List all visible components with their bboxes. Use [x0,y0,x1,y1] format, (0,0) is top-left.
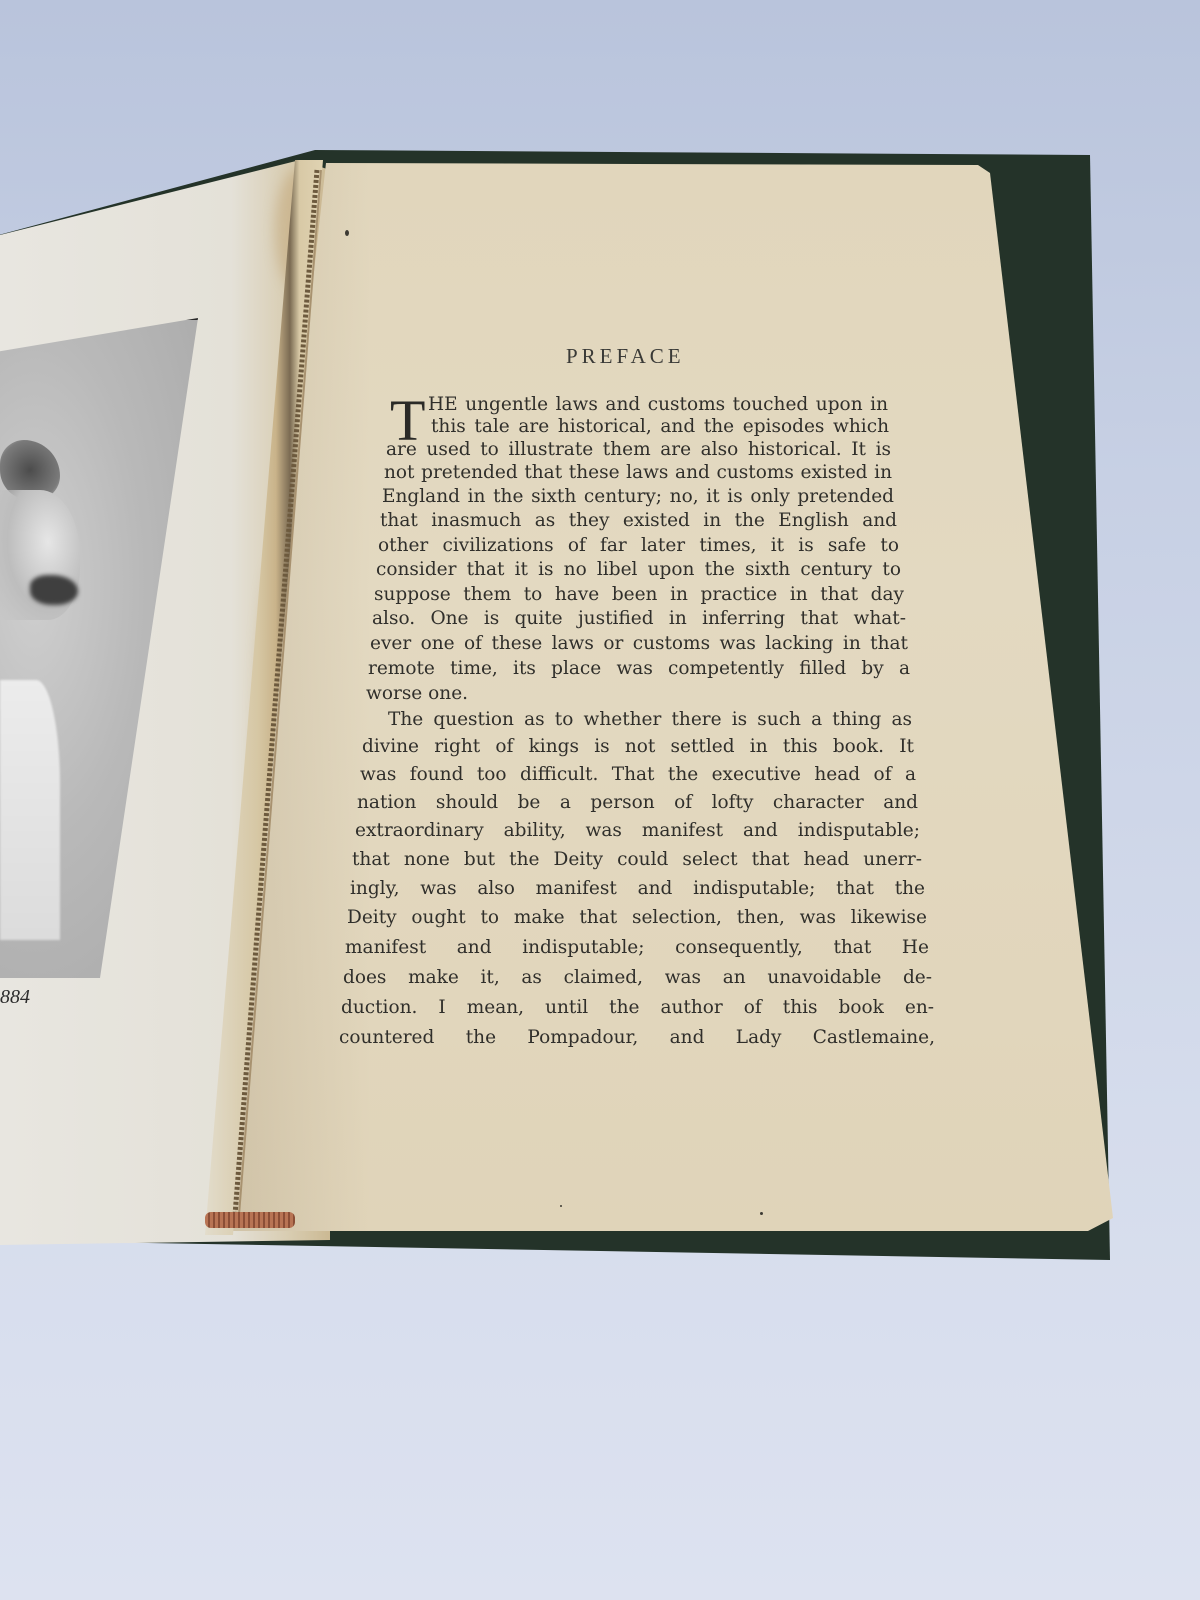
photo-scene: 884 PREFACE T HE ungentle laws and custo… [0,0,1200,1600]
text-line: are used to illustrate them are also his… [386,439,891,460]
text-line: also. One is quite justified in inferrin… [372,608,906,629]
text-line: worse one. [366,683,468,704]
text-line: that none but the Deity could select tha… [352,849,922,870]
text-line: that inasmuch as they existed in the Eng… [380,510,897,531]
text-line: Deity ought to make that selection, then… [347,907,927,928]
text-line: other civilizations of far later times, … [378,535,899,556]
text-line: nation should be a person of lofty chara… [357,792,918,813]
text-line: ingly, was also manifest and indisputabl… [350,878,925,899]
text-line: was found too difficult. That the execut… [360,764,916,785]
text-line: The question as to whether there is such… [388,709,912,730]
text-line: divine right of kings is not settled in … [362,736,914,757]
paper-speck [760,1212,763,1215]
page-title: PREFACE [566,344,685,369]
text-line: countered the Pompadour, and Lady Castle… [339,1027,935,1048]
text-line: this tale are historical, and the episod… [431,416,889,437]
paper-speck [560,1205,562,1207]
text-line: suppose them to have been in practice in… [374,584,904,605]
text-line: manifest and indisputable; consequently,… [345,937,929,958]
text-line: duction. I mean, until the author of thi… [341,997,934,1018]
text-line: ever one of these laws or customs was la… [370,633,908,654]
text-line: remote time, its place was competently f… [368,658,910,679]
text-line: England in the sixth century; no, it is … [382,486,894,507]
text-line: not pretended that these laws and custom… [384,462,892,483]
text-line: does make it, as claimed, was an unavoid… [343,967,932,988]
text-line: HE ungentle laws and customs touched upo… [428,394,888,415]
text-line: consider that it is no libel upon the si… [376,559,901,580]
preface-page-text: PREFACE T HE ungentle laws and customs t… [0,0,1200,1600]
paper-speck [345,230,349,236]
text-line: extraordinary ability, was manifest and … [355,820,920,841]
